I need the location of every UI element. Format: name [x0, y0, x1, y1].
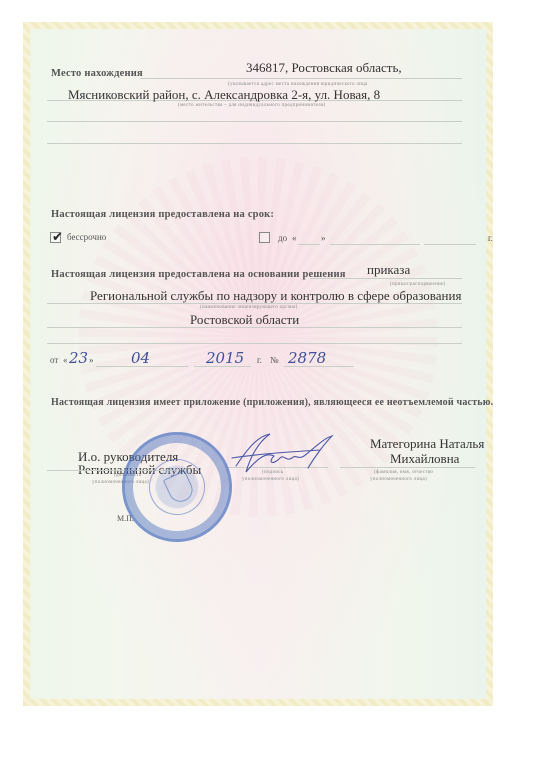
until-quote-close: » [321, 233, 326, 243]
until-year-suffix: г. [488, 233, 493, 243]
location-value-2: Мясниковский район, с. Александровка 2-я… [68, 87, 380, 103]
until-prefix: до [278, 233, 287, 243]
decision-type-value: приказа [367, 262, 410, 278]
authority-value-1: Региональной службы по надзору и контрол… [90, 288, 461, 304]
indefinite-checkbox[interactable]: ✔ [50, 232, 61, 243]
date-year-suffix: г. [257, 355, 262, 365]
name-caption-2: уполномоченного лица) [370, 477, 427, 482]
date-prefix: от [50, 355, 58, 365]
location-line-1 [140, 78, 462, 79]
location-line-4 [47, 143, 462, 144]
date-number: 2878 [288, 349, 326, 367]
location-caption-2: (место жительства – для индивидуального … [178, 103, 326, 108]
date-number-sign: № [270, 355, 279, 365]
date-day: 23 [69, 349, 88, 367]
date-year: 2015 [206, 349, 244, 367]
until-day-line [298, 244, 320, 245]
location-value-1: 346817, Ростовская область, [246, 60, 402, 76]
until-year-line [424, 244, 476, 245]
term-label: Настоящая лицензия предоставлена на срок… [51, 209, 274, 220]
appendix-note: Настоящая лицензия имеет приложение (при… [51, 397, 493, 408]
indefinite-label: бессрочно [67, 232, 106, 242]
name-line [340, 467, 475, 468]
authority-line-3 [47, 343, 462, 344]
name-line-2: Михайловна [390, 451, 459, 467]
checkmark-icon: ✔ [52, 230, 63, 245]
authority-caption: (наименование лицензирующего органа) [200, 305, 298, 310]
date-quote-close: » [89, 355, 94, 365]
name-line-1: Матегорина Наталья [370, 436, 484, 452]
name-caption-1: (фамилия, имя, отчество [374, 470, 433, 475]
location-label: Место нахождения [51, 68, 143, 79]
location-line-3 [47, 121, 462, 122]
until-checkbox[interactable] [259, 232, 270, 243]
until-quote-open: « [292, 233, 297, 243]
decision-type-line [310, 278, 462, 279]
decision-type-caption: (приказ/распоряжение) [390, 282, 446, 287]
date-quote-open: « [63, 355, 68, 365]
basis-label: Настоящая лицензия предоставлена на осно… [51, 269, 346, 280]
date-month: 04 [131, 349, 150, 367]
until-month-line [330, 244, 420, 245]
handwritten-signature [228, 428, 338, 478]
authority-value-2: Ростовской области [190, 312, 299, 328]
